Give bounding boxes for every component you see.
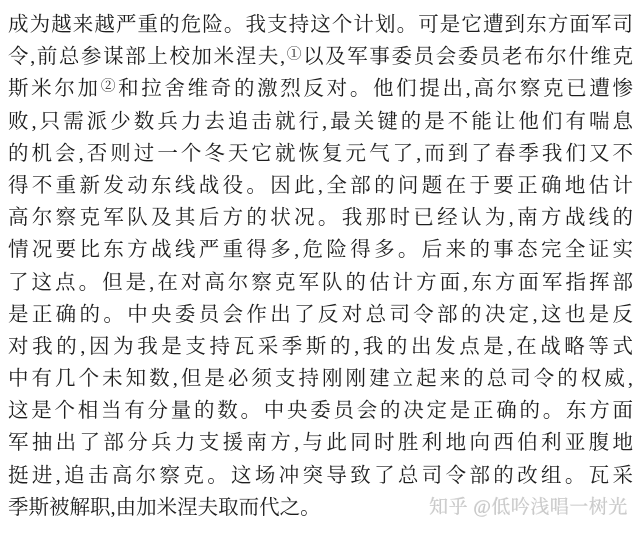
text-line: 成为越来越严重的危险。我支持这个计划。可是它遭到东方面军司 bbox=[8, 9, 633, 41]
footnote-marker: ① bbox=[285, 46, 303, 62]
text-line: 的机会,否则过一个冬天它就恢复元气了,而到了春季我们又不 bbox=[8, 138, 633, 170]
zhihu-watermark: 知乎 @低吟浅唱一树光 bbox=[429, 492, 628, 519]
footnote-marker: ② bbox=[101, 79, 118, 95]
text-line: 得不重新发动东线战役。因此,全部的问题在于要正确地估计 bbox=[8, 170, 633, 202]
text-line: 令,前总参谋部上校加米涅夫,①以及军事委员会委员老布尔什维克 bbox=[8, 41, 633, 73]
text-line: 情况要比东方战线严重得多,危险得多。后来的事态完全证实 bbox=[8, 234, 633, 266]
text-line: 对我的,因为我是支持瓦采季斯的,我的出发点是,在战略等式 bbox=[8, 331, 633, 363]
text-line: 了这点。但是,在对高尔察克军队的估计方面,东方面军指挥部 bbox=[8, 267, 633, 299]
text-line: 斯米尔加②和拉舍维奇的激烈反对。他们提出,高尔察克已遭惨 bbox=[8, 73, 633, 105]
text-line: 高尔察克军队及其后方的状况。我那时已经认为,南方战线的 bbox=[8, 202, 633, 234]
text-line: 败,只需派少数兵力去追击就行,最关键的是不能让他们有喘息 bbox=[8, 106, 633, 138]
text-line: 是正确的。中央委员会作出了反对总司令部的决定,这也是反 bbox=[8, 299, 633, 331]
paragraph-text: 成为越来越严重的危险。我支持这个计划。可是它遭到东方面军司 令,前总参谋部上校加… bbox=[8, 9, 633, 524]
text-line: 中有几个未知数,但是必须支持刚刚建立起来的总司令的权威, bbox=[8, 363, 633, 395]
text-line: 军抽出了部分兵力支援南方,与此同时胜利地向西伯利亚腹地 bbox=[8, 427, 633, 459]
document-page: 成为越来越严重的危险。我支持这个计划。可是它遭到东方面军司 令,前总参谋部上校加… bbox=[0, 0, 641, 534]
text-line: 挺进,追击高尔察克。这场冲突导致了总司令部的改组。瓦采 bbox=[8, 460, 633, 492]
text-line: 这是个相当有分量的数。中央委员会的决定是正确的。东方面 bbox=[8, 395, 633, 427]
